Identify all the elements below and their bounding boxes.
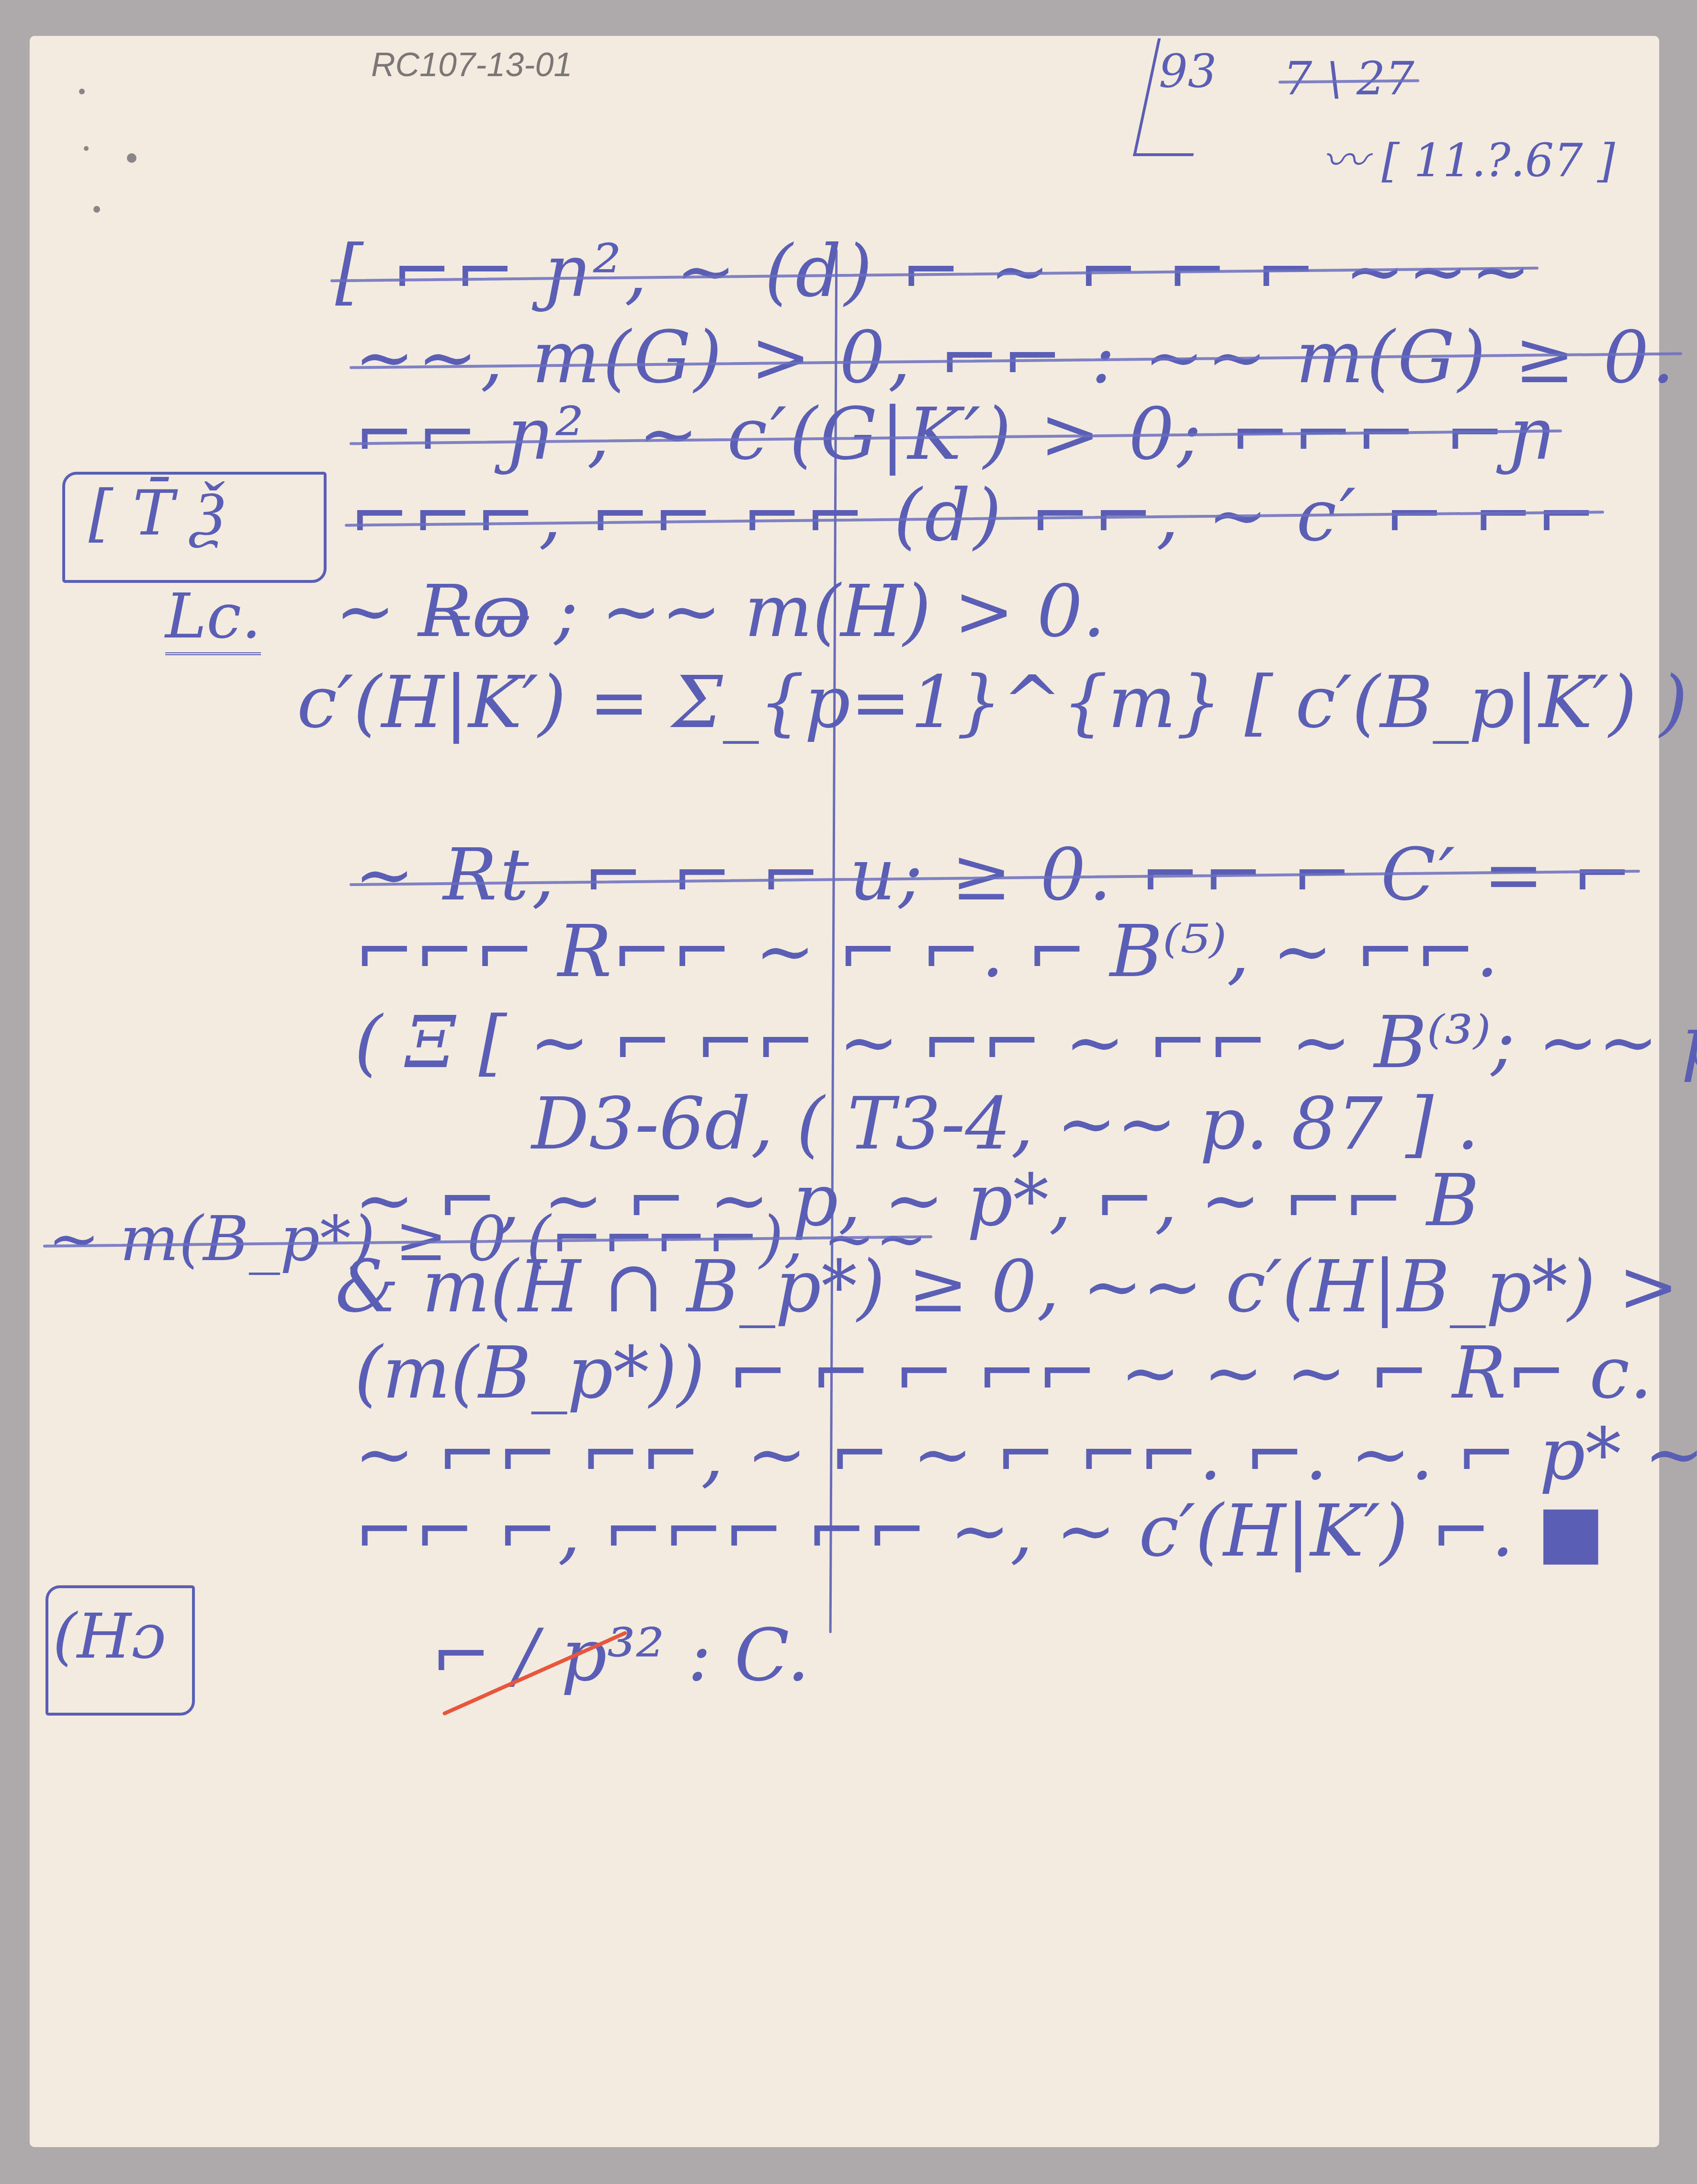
dust-speck — [93, 206, 100, 213]
line-17: ⌐ / p³² : C. — [431, 1614, 810, 1697]
line-1: [ ⌐⌐ ɲ², ~ (d) ⌐ ~ ⌐ ⌐ ⌐ ~~~ — [335, 230, 1534, 313]
line-15: ~ ⌐⌐ ⌐⌐, ~ ⌐ ~ ⌐ ⌐⌐. ⌐. ~. ⌐ p* ~ — [354, 1413, 1697, 1496]
struck-header-text: 7 \ 27 — [1283, 53, 1414, 105]
date-note: 〰 [ 11.?.67 ] — [1322, 125, 1615, 190]
line-2: ~~, m(G) > 0, ⌐⌐ : ~~ m(G) ≥ 0. — [354, 316, 1677, 399]
dust-speck — [84, 146, 89, 151]
margin-note: [ T̄ Ѯ — [89, 477, 225, 550]
line-14: (m(B_p*)) ⌐ ⌐ ⌐ ⌐⌐ ~ ~ ~ ⌐ R⌐ c. — [354, 1331, 1652, 1415]
formula-line-6: c′(H|K′) = Σ_{p=1}^{m} [ c′(B_p|K′) ) — [297, 661, 1688, 744]
line-8: ⌐⌐⌐ R⌐⌐ ~ ⌐ ⌐. ⌐ B⁽⁵⁾, ~ ⌐⌐. — [354, 910, 1499, 993]
line-5: ~ R̶ɷ̶ ; ~~ m(H) > 0. — [335, 570, 1106, 653]
dust-speck — [127, 153, 136, 163]
line-13: & m(H ∩ B_p*) ≥ 0, ~~ c′(H|B_p*) > 0. — [335, 1245, 1697, 1329]
line-16: ⌐⌐ ⌐, ⌐⌐⌐ ⌐⌐ ~, ~ c′(H|K′) ⌐. ■ — [354, 1490, 1605, 1573]
line-3: ⌐⌐ ɲ², ~ c′(G|K′) > 0; ⌐⌐⌐ ⌐ɲ — [354, 393, 1557, 476]
line-10: D3-6d, ( T3-4, ~~ p. 87 ] . — [532, 1082, 1479, 1166]
dust-speck — [79, 89, 85, 94]
line-4: ⌐⌐⌐, ⌐⌐ ⌐⌐ (d) ⌐⌐, ~ c′ ⌐ ⌐⌐ — [350, 474, 1599, 557]
archive-id: RC107-13-01 — [371, 45, 572, 84]
margin-note: (Hɔ — [53, 1600, 166, 1672]
line-7: ~ Rt, ⌐ ⌐ ⌐ u; ≥ 0. ⌐⌐ ⌐ C′ = ⌐ — [354, 833, 1635, 917]
line-9: ( Ξ [ ~ ⌐ ⌐⌐ ~ ⌐⌐ ~ ⌐⌐ ~ B⁽³⁾; ~~ p. ⌐ — [354, 1001, 1697, 1084]
margin-note-underlined: Lc. — [165, 580, 261, 655]
